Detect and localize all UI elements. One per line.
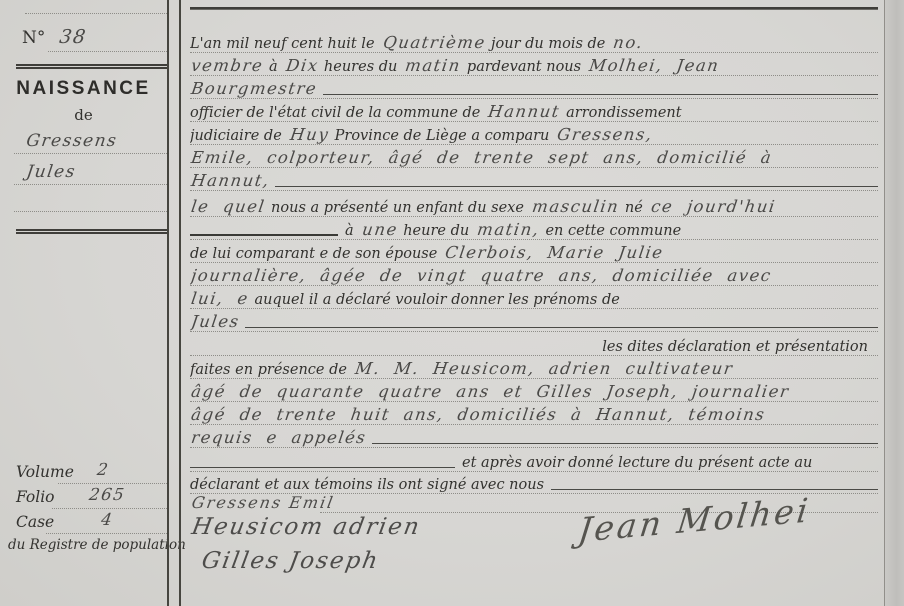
margin-separator-line [167, 0, 181, 606]
act-line: les dites déclaration et présentation [190, 333, 878, 356]
printed-text: L'an mil neuf cent huit le [190, 36, 375, 52]
printed-text: et après avoir donné lecture du présent … [462, 455, 812, 471]
printed-text: pardevant nous [467, 59, 581, 75]
blank-line-rule [372, 443, 878, 444]
handwritten-text: Gressens, [556, 125, 654, 144]
printed-text: officier de l'état civil de la commune d… [190, 105, 480, 121]
act-line: Hannut, [190, 168, 878, 191]
printed-text: jour du mois de [491, 36, 605, 52]
printed-text: arrondissement [566, 105, 681, 121]
act-line: âgé de trente huit ans, domiciliés à Han… [190, 402, 878, 425]
act-line: et après avoir donné lecture du présent … [190, 449, 878, 472]
blank-line-rule [323, 94, 878, 95]
handwritten-text: ce jourd'hui [650, 197, 777, 216]
case-label: Case [16, 513, 54, 531]
printed-text: heure du [403, 223, 469, 239]
printed-text: de lui comparant e de son épouse [190, 246, 437, 262]
case-line [46, 533, 167, 534]
handwritten-text: Jules [190, 312, 241, 331]
body-top-rule [190, 7, 878, 10]
margin-firstname: Jules [25, 162, 77, 182]
handwritten-text: Dix [285, 56, 320, 75]
record-number-line [48, 51, 167, 52]
act-line: lui, e auquel il a déclaré vouloir donne… [190, 286, 878, 309]
act-line: L'an mil neuf cent huit le Quatrième jou… [190, 30, 878, 53]
margin-blank-line [14, 211, 167, 212]
act-line: à une heure du matin, en cette commune [190, 217, 878, 240]
register-caption: du Registre de population [8, 537, 186, 553]
signature-official: Jean Molhei [576, 485, 870, 550]
case-value: 4 [100, 510, 115, 529]
act-line: de lui comparant e de son épouse Clerboi… [190, 240, 878, 263]
act-line: Emile, colporteur, âgé de trente sept an… [190, 145, 878, 168]
record-number-value: 38 [58, 26, 88, 48]
act-line: âgé de quarante quatre ans et Gilles Jos… [190, 379, 878, 402]
naissance-de-label: de [0, 106, 167, 124]
handwritten-text: âgé de quarante quatre ans et Gilles Jos… [190, 382, 791, 401]
printed-text: auquel il a déclaré vouloir donner les p… [254, 292, 619, 308]
blank-line-rule [275, 186, 878, 187]
folio-line [52, 508, 167, 509]
blank-line-rule [190, 234, 338, 236]
handwritten-text: Molhei, Jean [588, 56, 721, 75]
handwritten-text: Quatrième [382, 33, 487, 52]
handwritten-text: Huy [289, 125, 331, 144]
handwritten-text: Clerbois, Marie Julie [444, 243, 665, 262]
page-edge-strip [884, 0, 904, 606]
margin-top-line [25, 13, 167, 14]
margin-surname-line [14, 153, 167, 154]
act-line: déclarant et aux témoins ils ont signé a… [190, 471, 878, 494]
act-line: journalière, âgée de vingt quatre ans, d… [190, 263, 878, 286]
printed-text: à [345, 223, 354, 239]
volume-line [58, 483, 167, 484]
margin-firstname-line [14, 184, 167, 185]
handwritten-text: masculin [531, 197, 621, 216]
record-number-label: N° [22, 28, 45, 48]
act-line: Jules [190, 309, 878, 332]
act-line: vembre à Dix heures du matin pardevant n… [190, 53, 878, 76]
margin-column: N° 38 NAISSANCE de Gressens Jules Volume… [0, 0, 167, 606]
handwritten-text: le quel [190, 197, 267, 216]
act-line: Bourgmestre [190, 76, 878, 99]
printed-text: en cette commune [545, 223, 681, 239]
act-line: judiciaire de Huy Province de Liège a co… [190, 122, 878, 145]
printed-text: Province de Liège a comparu [335, 128, 550, 144]
volume-value: 2 [96, 460, 111, 479]
margin-surname: Gressens [25, 131, 119, 151]
handwritten-text: une [361, 220, 399, 239]
handwritten-text: Bourgmestre [190, 79, 318, 98]
handwritten-text: lui, e [190, 289, 250, 308]
handwritten-text: âgé de trente huit ans, domiciliés à Han… [190, 405, 767, 424]
act-line: officier de l'état civil de la commune d… [190, 99, 878, 122]
blank-line-rule [245, 327, 878, 328]
printed-text: né [625, 200, 643, 216]
volume-label: Volume [16, 463, 74, 481]
act-line: requis e appelés [190, 425, 878, 448]
naissance-title: NAISSANCE [0, 78, 167, 100]
act-body-column: L'an mil neuf cent huit le Quatrième jou… [190, 0, 884, 606]
scanned-document: { "colors": { "paper": "#d8d7d4", "ink":… [0, 0, 904, 606]
printed-text: les dites déclaration et présentation [602, 339, 868, 355]
signature-gilles: Gilles Joseph [202, 548, 379, 574]
handwritten-text: requis e appelés [190, 428, 368, 447]
handwritten-text: Emile, colporteur, âgé de trente sept an… [190, 148, 774, 167]
handwritten-text: M. M. Heusicom, adrien cultivateur [354, 359, 735, 378]
printed-text: déclarant et aux témoins ils ont signé a… [190, 477, 544, 493]
signature-gressens: Gressens Emil [192, 493, 334, 512]
handwritten-text: vembre [190, 56, 265, 75]
handwritten-text: Hannut [487, 102, 561, 121]
handwritten-text: matin [404, 56, 462, 75]
printed-text: faites en présence de [190, 362, 347, 378]
act-line: le quel nous a présenté un enfant du sex… [190, 194, 878, 217]
folio-value: 265 [88, 485, 127, 504]
printed-text: à [269, 59, 278, 75]
signature-heusicom: Heusicom adrien [192, 514, 421, 540]
handwritten-text: matin, [476, 220, 541, 239]
handwritten-text: no. [612, 33, 645, 52]
act-line: faites en présence de M. M. Heusicom, ad… [190, 356, 878, 379]
handwritten-text: journalière, âgée de vingt quatre ans, d… [190, 266, 773, 285]
margin-double-rule-bottom [16, 229, 167, 234]
folio-label: Folio [16, 488, 55, 506]
margin-double-rule-top [16, 64, 167, 69]
printed-text: judiciaire de [190, 128, 282, 144]
printed-text: heures du [324, 59, 397, 75]
blank-line-rule [190, 467, 455, 468]
handwritten-text: Hannut, [190, 171, 271, 190]
printed-text: nous a présenté un enfant du sexe [271, 200, 524, 216]
